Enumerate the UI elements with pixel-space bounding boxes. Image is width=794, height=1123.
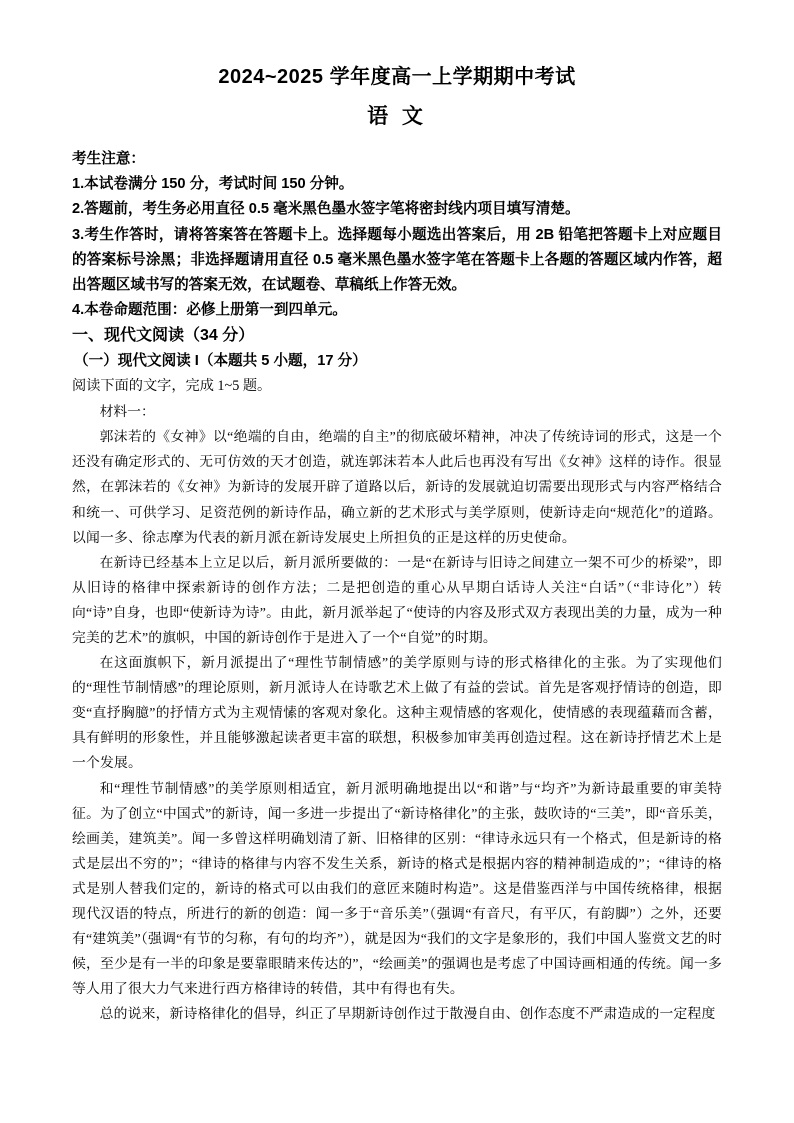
subject-title: 语 文 bbox=[72, 104, 722, 130]
candidate-notice-section: 考生注意： 1.本试卷满分 150 分，考试时间 150 分钟。 2.答题前，考… bbox=[72, 147, 722, 323]
notice-item-1: 1.本试卷满分 150 分，考试时间 150 分钟。 bbox=[72, 172, 722, 197]
material-label: 材料一： bbox=[72, 399, 722, 424]
exam-title: 2024~2025 学年度高一上学期期中考试 bbox=[72, 64, 722, 90]
notice-item-4: 4.本卷命题范围：必修上册第一到四单元。 bbox=[72, 298, 722, 323]
material-paragraph-4: 和“理性节制情感”的美学原则相适宜，新月派明确地提出以“和谐”与“均齐”为新诗最… bbox=[72, 776, 722, 1002]
notice-item-3: 3.考生作答时，请将答案答在答题卡上。选择题每小题选出答案后，用 2B 铅笔把答… bbox=[72, 223, 722, 299]
notice-heading: 考生注意： bbox=[72, 147, 722, 172]
reading-instruction: 阅读下面的文字，完成 1~5 题。 bbox=[72, 374, 722, 399]
material-paragraph-1: 郭沫若的《女神》以“绝端的自由，绝端的自主”的彻底破坏精神，冲决了传统诗词的形式… bbox=[72, 424, 722, 549]
exam-paper-page: 2024~2025 学年度高一上学期期中考试 语 文 考生注意： 1.本试卷满分… bbox=[0, 0, 794, 1123]
modern-reading-section: 一、现代文阅读（34 分） （一）现代文阅读 I（本题共 5 小题，17 分） … bbox=[72, 323, 722, 1026]
material-paragraph-2: 在新诗已经基本上立足以后，新月派所要做的：一是“在新诗与旧诗之间建立一架不可少的… bbox=[72, 550, 722, 650]
material-paragraph-5: 总的说来，新诗格律化的倡导，纠正了早期新诗创作过于散漫自由、创作态度不严肃造成的… bbox=[72, 1001, 722, 1026]
material-paragraph-3: 在这面旗帜下，新月派提出了“理性节制情感”的美学原则与诗的形式格律化的主张。为了… bbox=[72, 650, 722, 775]
section-heading: 一、现代文阅读（34 分） bbox=[72, 323, 722, 348]
notice-item-2: 2.答题前，考生务必用直径 0.5 毫米黑色墨水签字笔将密封线内项目填写清楚。 bbox=[72, 197, 722, 222]
subsection-heading: （一）现代文阅读 I（本题共 5 小题，17 分） bbox=[72, 349, 722, 374]
